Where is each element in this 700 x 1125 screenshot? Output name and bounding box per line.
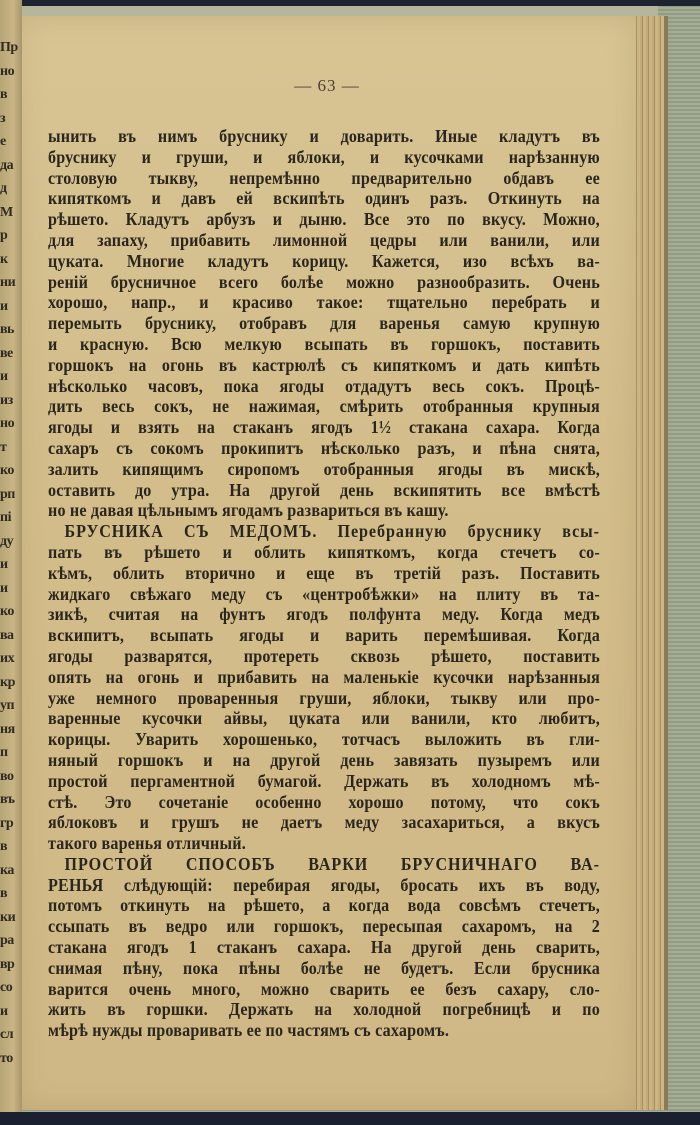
text-line: длязапаху,прибавитьлимоннойцедрыиливанил… <box>48 230 600 251</box>
text-line: кѣмъ,облитьвторичноиещевътретійразъ.Пост… <box>48 563 600 584</box>
text-line: ПРОСТОЙСПОСОБЪВАРКИБРУСНИЧНАГОВА- <box>48 854 600 875</box>
previous-page-fragment: Пр <box>0 40 18 56</box>
text-line: вскипитъ,всыпатьягодыиваритьперемѣшивая.… <box>48 625 600 646</box>
text-line: патьвърѣшетоиоблитькипяткомъ,когдастечет… <box>48 542 600 563</box>
previous-page-fragment: ва <box>0 628 14 644</box>
previous-page-fragment: в <box>0 87 7 103</box>
text-line: мѣрѣ нужды проваривать ее по частямъ съ … <box>48 1020 600 1041</box>
text-line: опятьнаогоньиприбавитьнамаленькіекусочки… <box>48 667 600 688</box>
previous-page-fragment: ко <box>0 604 14 620</box>
text-line: РЕНЬЯслѣдующій:перебираяягоды,бросатьихъ… <box>48 875 600 896</box>
text-line: цуката.Многиекладутъкорицу.Кажется,изовс… <box>48 251 600 272</box>
previous-page-fragment: кр <box>0 675 15 691</box>
text-line: варитсяоченьмного,можносваритьеебезъсаха… <box>48 979 600 1000</box>
book-page: — 63 — ынитьвънимъбрусникуидоварить.Иные… <box>18 16 636 1110</box>
previous-page-fragment: но <box>0 64 14 80</box>
text-line: столовуютыкву,непремѣннопредварительнооб… <box>48 168 600 189</box>
previous-page-fragment: ду <box>0 534 13 550</box>
previous-page-fragment: во <box>0 769 13 785</box>
previous-page-fragment: и <box>0 581 8 597</box>
previous-page-fragment: вр <box>0 957 14 973</box>
previous-page-fragment: и <box>0 299 8 315</box>
text-line: рѣшето.Кладутъарбузъидыню.Всеэтоповкусу.… <box>48 209 600 230</box>
previous-page-fragment: то <box>0 1051 13 1067</box>
previous-page-fragment: ра <box>0 933 14 949</box>
text-line: ссыпатьвъведроилигоршокъ,пересыпаясахаро… <box>48 916 600 937</box>
text-line: простойпергаментнойбумагой.Держатьвъхоло… <box>48 771 600 792</box>
previous-page-fragment: к <box>0 252 8 268</box>
text-line: хорошо,напр.,икрасивотакое:тщательнопере… <box>48 292 600 313</box>
text-line: ренійбрусничноевсегоболѣеможноразнообраз… <box>48 272 600 293</box>
text-line: няныйгоршокъинадругойденьзавязатьпузырем… <box>48 750 600 771</box>
previous-page-fragment: да <box>0 158 13 174</box>
text-line: оставитьдоутра.Надругойденьвскипятитьвсе… <box>48 480 600 501</box>
previous-page-fragment: сл <box>0 1027 13 1043</box>
previous-page-fragment: ве <box>0 346 13 362</box>
text-line: стаканаягодъ1стаканъсахара.Надругойденьс… <box>48 937 600 958</box>
text-line: такого варенья отличный. <box>48 833 600 854</box>
text-line: потомъоткинутьнарѣшето,акогдаводасовсѣмъ… <box>48 895 600 916</box>
previous-page-fragment: и <box>0 1004 8 1020</box>
page-edges-stack <box>634 16 664 1110</box>
previous-page-fragment: вь <box>0 322 14 338</box>
text-line: снимаяпѣну,покапѣныболѣенебудетъ.Еслибру… <box>48 958 600 979</box>
text-line: БРУСНИКАСЪМЕДОМЪ.Перебраннуюбрусникувсы- <box>48 521 600 542</box>
previous-page-fragment: пі <box>0 510 11 526</box>
previous-page-fragment: е <box>0 134 6 150</box>
text-line: брусникуигруши,ияблоки,икусочкаминарѣзан… <box>48 147 600 168</box>
text-line: горшокънаогоньвъкастрюлѣсъкипяткомъидать… <box>48 355 600 376</box>
previous-page-fragment: и <box>0 369 8 385</box>
previous-page-fragment: уп <box>0 698 14 714</box>
previous-page-fragment: з <box>0 111 5 127</box>
text-line: но не давая цѣльнымъ ягодамъ развариться… <box>48 500 600 521</box>
text-line: уженемногопроваренныягруши,яблоки,тыквуи… <box>48 688 600 709</box>
previous-page-fragment: гр <box>0 816 13 832</box>
text-line: ынитьвънимъбрусникуидоварить.Иныекладутъ… <box>48 126 600 147</box>
previous-page-fragment: д <box>0 181 7 197</box>
text-line: житьвъгоршки.Держатьнахолоднойпогребницѣ… <box>48 999 600 1020</box>
previous-page-fragment: и <box>0 557 8 573</box>
previous-page-margin: ПрновзедадМркниивьвеиизноткорппідуиикова… <box>0 0 22 1112</box>
previous-page-fragment: п <box>0 745 8 761</box>
previous-page-fragment: т <box>0 440 6 456</box>
text-line: яблоковъигрушънедаетъмедузасахариться,ав… <box>48 812 600 833</box>
text-line: жидкагосвѣжагомедусъ«центробѣжки»наплиту… <box>48 584 600 605</box>
text-line: стѣ.Этосочетаніеособеннохорошопотому,что… <box>48 792 600 813</box>
text-line: нѣсколькочасовъ,покаягодыотдадутъвесьсок… <box>48 376 600 397</box>
text-line: кипяткомъидавъейвскипѣтьодинъразъ.Откину… <box>48 188 600 209</box>
previous-page-fragment: их <box>0 651 14 667</box>
previous-page-fragment: рп <box>0 487 15 503</box>
text-line: ягодыразварятся,протеретьсквозьрѣшето,по… <box>48 646 600 667</box>
text-line: корицы.Уваритьхорошенько,тотчасъвыложить… <box>48 729 600 750</box>
previous-page-fragment: в <box>0 839 7 855</box>
text-line: сахаръсъсокомъпрокипитънѣсколькоразъ,ипѣ… <box>48 438 600 459</box>
text-line: варенныекусочкиайвы,цукатаиливанили,ктол… <box>48 708 600 729</box>
text-line: перемытьбруснику,отобравъдлявареньясамую… <box>48 313 600 334</box>
bottom-border <box>0 1112 700 1125</box>
previous-page-fragment: из <box>0 393 13 409</box>
text-line: дитьвесьсокъ,ненажимая,смѣритьотобранныя… <box>48 396 600 417</box>
previous-page-fragment: въ <box>0 792 14 808</box>
previous-page-fragment: но <box>0 416 14 432</box>
previous-page-fragment: в <box>0 886 7 902</box>
previous-page-fragment: р <box>0 228 7 244</box>
previous-page-fragment: ки <box>0 910 15 926</box>
previous-page-fragment: ко <box>0 463 14 479</box>
previous-page-fragment: со <box>0 980 12 996</box>
text-line: икрасную.Всюмелкуювсыпатьвъгоршокъ,поста… <box>48 334 600 355</box>
text-line: зикѣ,считаянафунтъягодъполфунтамеду.Когд… <box>48 604 600 625</box>
previous-page-fragment: ни <box>0 275 15 291</box>
previous-page-fragment: ня <box>0 722 15 738</box>
previous-page-fragment: М <box>0 205 13 221</box>
page-text: ынитьвънимъбрусникуидоварить.Иныекладутъ… <box>48 126 600 1041</box>
previous-page-fragment: ка <box>0 863 14 879</box>
page-number: — 63 — <box>18 76 636 96</box>
text-line: залитькипящимъсиропомъотобранныяягодывъм… <box>48 459 600 480</box>
text-line: ягодыивзятьнастаканъягодъ1½стаканасахара… <box>48 417 600 438</box>
